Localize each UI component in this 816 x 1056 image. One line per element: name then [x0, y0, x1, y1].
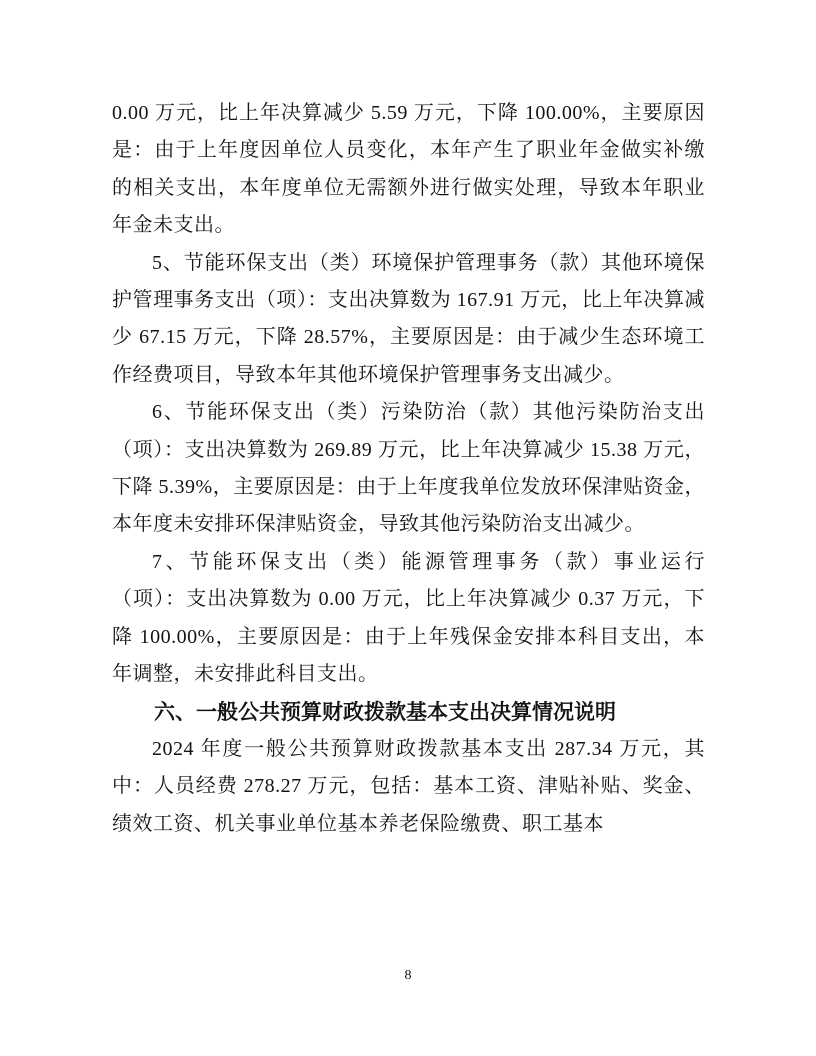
document-page: 0.00 万元，比上年决算减少 5.59 万元，下降 100.00%，主要原因是…	[0, 0, 816, 1056]
document-body: 0.00 万元，比上年决算减少 5.59 万元，下降 100.00%，主要原因是…	[112, 95, 705, 843]
paragraph: 2024 年度一般公共预算财政拨款基本支出 287.34 万元，其中：人员经费 …	[112, 731, 705, 843]
paragraph: 0.00 万元，比上年决算减少 5.59 万元，下降 100.00%，主要原因是…	[112, 95, 705, 245]
paragraph: 6、节能环保支出（类）污染防治（款）其他污染防治支出（项）：支出决算数为 269…	[112, 394, 705, 544]
page-number: 8	[405, 968, 412, 983]
page-footer: 8	[0, 968, 816, 984]
paragraph: 5、节能环保支出（类）环境保护管理事务（款）其他环境保护管理事务支出（项）：支出…	[112, 245, 705, 395]
section-heading: 六、一般公共预算财政拨款基本支出决算情况说明	[112, 694, 705, 731]
paragraph: 7、节能环保支出（类）能源管理事务（款）事业运行（项）：支出决算数为 0.00 …	[112, 544, 705, 694]
